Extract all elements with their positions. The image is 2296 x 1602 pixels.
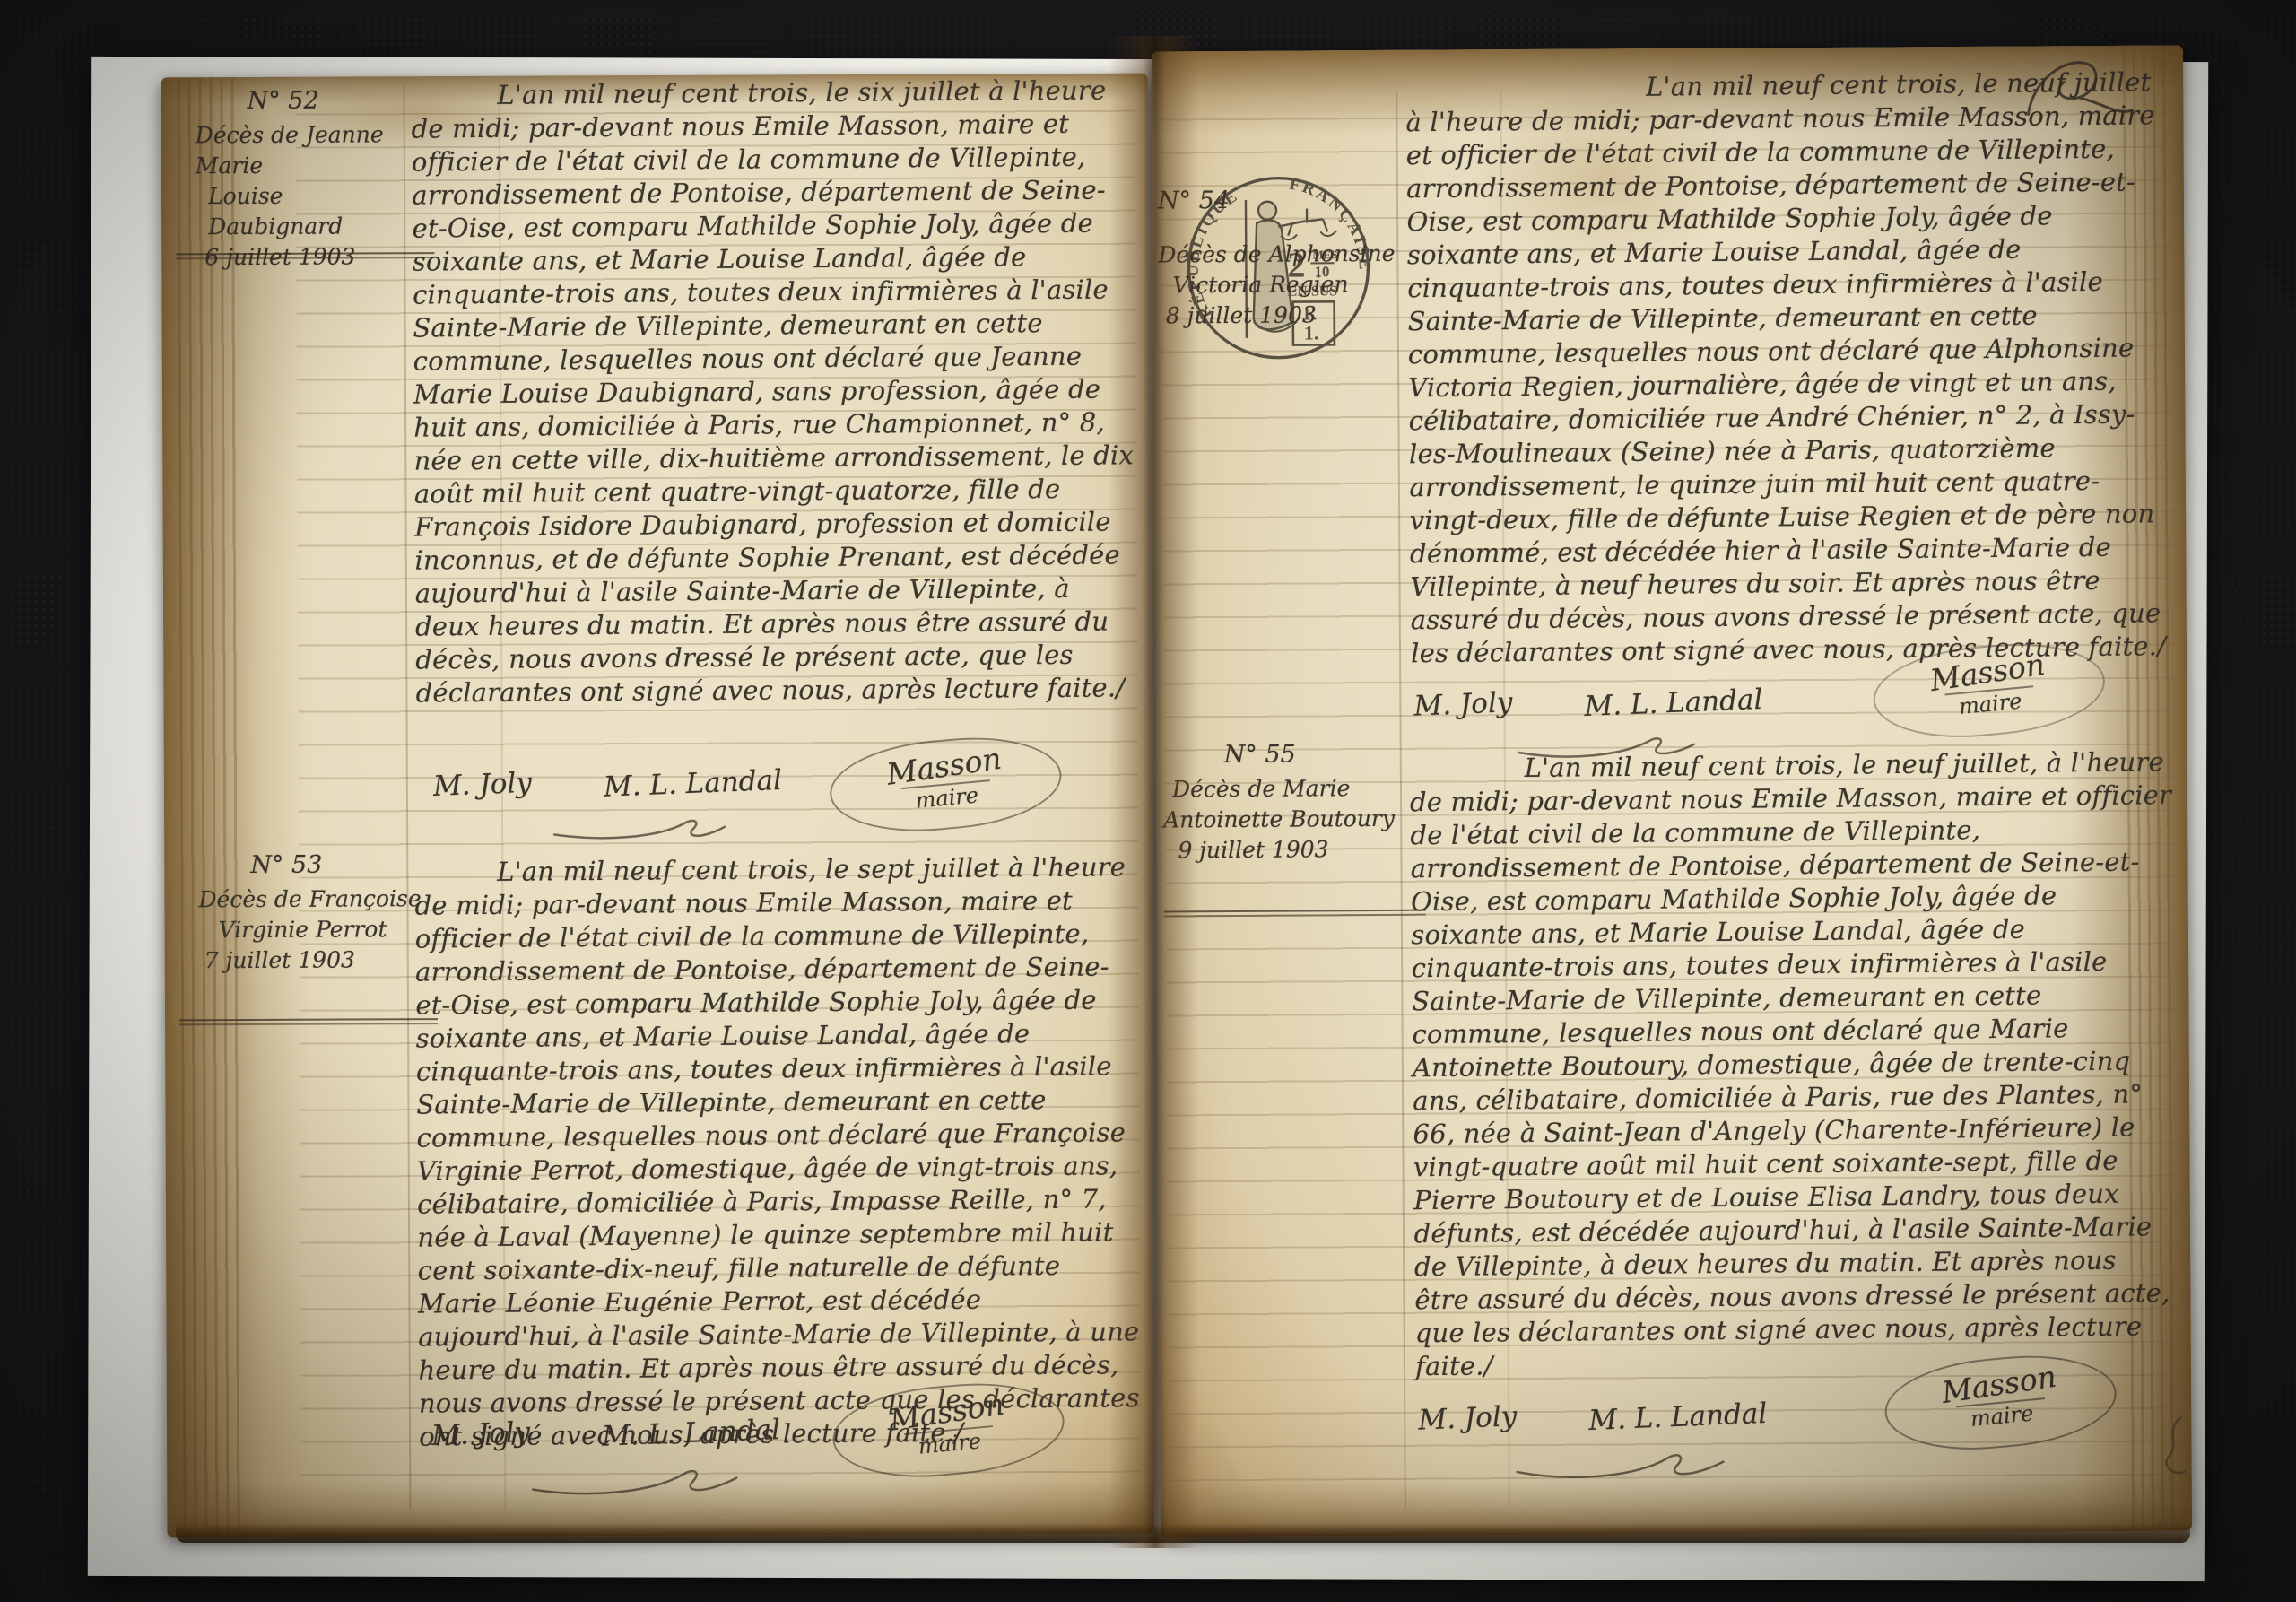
record-53-body: L'an mil neuf cent trois, le sept juille… bbox=[414, 850, 1142, 1453]
left-page-bottom-edge bbox=[167, 1480, 1153, 1538]
witness-signature: M. L. Landal bbox=[603, 764, 782, 804]
record-54-signatures: M. Joly M. L. Landal bbox=[1413, 686, 1825, 721]
record-52-margin-line1: Décès de Jeanne Marie bbox=[196, 119, 420, 181]
record-53-margin-date: 7 juillet 1903 bbox=[204, 945, 423, 976]
record-55-number: N° 55 bbox=[1224, 739, 1441, 771]
mayor-signature: Masson maire bbox=[826, 729, 1065, 840]
record-55-margin-date: 9 juillet 1903 bbox=[1178, 834, 1441, 866]
left-page: N° 52 Décès de Jeanne Marie Louise Daubi… bbox=[161, 74, 1153, 1538]
signature-flourish bbox=[550, 807, 747, 844]
left-page-worn-edge bbox=[161, 77, 310, 1538]
witness-signature: M. L. Landal bbox=[1587, 1397, 1767, 1437]
record-55-margin-line2: Antoinette Boutoury bbox=[1163, 804, 1441, 836]
witness-signature: M. L. Landal bbox=[1584, 683, 1763, 723]
record-55-signatures: M. Joly M. L. Landal bbox=[1418, 1400, 1830, 1435]
margin-separator bbox=[1164, 910, 1426, 918]
record-55-body: L'an mil neuf cent trois, le neuf juille… bbox=[1410, 745, 2180, 1383]
witness-signature: M. Joly bbox=[1413, 686, 1513, 722]
margin-separator bbox=[176, 252, 434, 259]
margin-separator bbox=[179, 1018, 438, 1025]
witness-signature: M. L. Landal bbox=[601, 1414, 780, 1453]
record-54-body: L'an mil neuf cent trois, le neuf juille… bbox=[1405, 65, 2175, 670]
record-53-signatures: M. Joly M. L. Landal bbox=[431, 1416, 843, 1450]
right-page: RÉPUBLIQUE FRANÇAISE bbox=[1152, 46, 2192, 1537]
record-52-margin-note: N° 52 Décès de Jeanne Marie Louise Daubi… bbox=[195, 85, 420, 273]
record-53-margin-note: N° 53 Décès de Françoise Virginie Perrot… bbox=[198, 849, 423, 976]
signature-flourish bbox=[526, 1457, 759, 1501]
witness-signature: M. Joly bbox=[430, 1416, 530, 1452]
record-52-margin-line2: Louise Daubignard bbox=[208, 180, 420, 242]
record-53-margin-line2: Virginie Perrot bbox=[219, 914, 423, 945]
record-53-margin-line1: Décès de Françoise bbox=[198, 884, 422, 915]
record-53-number: N° 53 bbox=[250, 849, 422, 881]
right-page-bottom-edge bbox=[1161, 1476, 2192, 1537]
margin-column-rule bbox=[403, 85, 411, 1510]
record-52-signatures: M. Joly M. L. Landal bbox=[433, 767, 845, 801]
edge-paraph-mark bbox=[2153, 1412, 2189, 1484]
record-55-margin-line1: Décès de Marie bbox=[1172, 773, 1441, 805]
witness-signature: M. Joly bbox=[1418, 1400, 1518, 1436]
register-photo: N° 52 Décès de Jeanne Marie Louise Daubi… bbox=[0, 0, 2296, 1602]
witness-signature: M. Joly bbox=[432, 767, 532, 803]
record-55-margin-note: N° 55 Décès de Marie Antoinette Boutoury… bbox=[1172, 739, 1442, 866]
signature-flourish bbox=[1509, 1441, 1743, 1485]
record-52-body: L'an mil neuf cent trois, le six juillet… bbox=[411, 74, 1138, 710]
record-52-number: N° 52 bbox=[247, 85, 419, 117]
